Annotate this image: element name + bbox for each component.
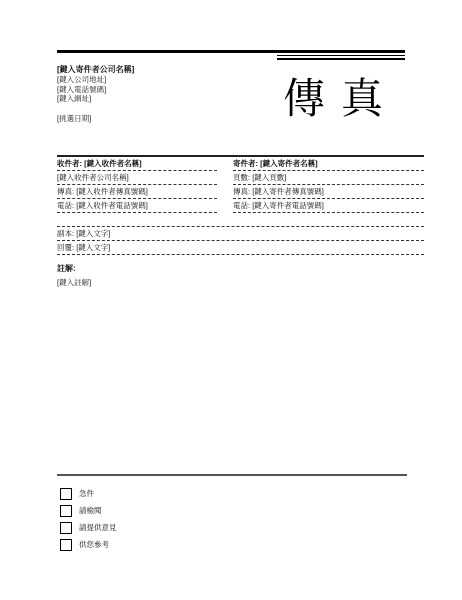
checkbox-list: 急件 請檢閱 請提供意見 供您參考 bbox=[60, 485, 260, 553]
table-row: 電話: [鍵入收件者電話號碼] 電話: [鍵入寄件者電話號碼] bbox=[57, 199, 424, 213]
table-row: 傳真: [鍵入收件者傳真號碼] 傳真: [鍵入寄件者傳真號碼] bbox=[57, 185, 424, 199]
recipient-phone-label: 電話: bbox=[57, 201, 74, 210]
recipient-phone-field[interactable]: 電話: [鍵入收件者電話號碼] bbox=[57, 199, 217, 213]
sender-name-label: 寄件者: bbox=[233, 159, 258, 168]
company-name-field[interactable]: [鍵入寄件者公司名稱] bbox=[57, 64, 257, 75]
recipient-company-value[interactable]: [鍵入收件者公司名稱] bbox=[57, 173, 129, 182]
sender-fax-value[interactable]: [鍵入寄件者傳真號碼] bbox=[252, 187, 324, 196]
sender-name-field[interactable]: 寄件者: [鍵入寄件者名稱] bbox=[233, 157, 424, 171]
checkbox-row-reference[interactable]: 供您參考 bbox=[60, 536, 260, 553]
recipient-company-field[interactable]: [鍵入收件者公司名稱] bbox=[57, 171, 217, 185]
checkbox-row-urgent[interactable]: 急件 bbox=[60, 485, 260, 502]
urgent-checkbox[interactable] bbox=[60, 488, 72, 500]
fax-field-table: 收件者: [鍵入收件者名稱] 寄件者: [鍵入寄件者名稱] [鍵入收件者公司名稱… bbox=[57, 157, 424, 255]
reference-checkbox-label: 供您參考 bbox=[79, 540, 109, 550]
pages-label: 頁數: bbox=[233, 173, 250, 182]
header-rule-accent-thick bbox=[277, 58, 405, 60]
urgent-checkbox-label: 急件 bbox=[79, 489, 94, 499]
re-value[interactable]: [鍵入文字] bbox=[76, 243, 110, 252]
recipient-name-field[interactable]: 收件者: [鍵入收件者名稱] bbox=[57, 157, 217, 171]
comments-label: 註解: bbox=[57, 263, 76, 274]
re-field[interactable]: 回覆: [鍵入文字] bbox=[57, 241, 424, 255]
review-checkbox[interactable] bbox=[60, 505, 72, 517]
checkbox-row-comment[interactable]: 請提供意見 bbox=[60, 519, 260, 536]
checkbox-row-review[interactable]: 請檢閱 bbox=[60, 502, 260, 519]
sender-phone-label: 電話: bbox=[233, 201, 250, 210]
sender-phone-value[interactable]: [鍵入寄件者電話號碼] bbox=[252, 201, 324, 210]
table-row: [鍵入收件者公司名稱] 頁數: [鍵入頁數] bbox=[57, 171, 424, 185]
company-phone-field[interactable]: [鍵入電話號碼] bbox=[57, 85, 257, 95]
sender-fax-field[interactable]: 傳真: [鍵入寄件者傳真號碼] bbox=[233, 185, 424, 199]
recipient-fax-field[interactable]: 傳真: [鍵入收件者傳真號碼] bbox=[57, 185, 217, 199]
cc-field[interactable]: 副本: [鍵入文字] bbox=[57, 227, 424, 241]
page-title: 傳真 bbox=[283, 76, 413, 124]
date-field[interactable]: [挑選日期] bbox=[57, 114, 257, 124]
company-website-field[interactable]: [鍵入網址] bbox=[57, 94, 257, 104]
sender-name-value[interactable]: [鍵入寄件者名稱] bbox=[260, 159, 318, 168]
cc-value[interactable]: [鍵入文字] bbox=[76, 229, 110, 238]
sender-header-block: [鍵入寄件者公司名稱] [鍵入公司地址] [鍵入電話號碼] [鍵入網址] [挑選… bbox=[57, 64, 257, 123]
empty-dashed-row bbox=[57, 213, 424, 227]
header-rule-accent-thin bbox=[277, 55, 405, 56]
reference-checkbox[interactable] bbox=[60, 539, 72, 551]
company-address-field[interactable]: [鍵入公司地址] bbox=[57, 75, 257, 85]
pages-field[interactable]: 頁數: [鍵入頁數] bbox=[233, 171, 424, 185]
comments-field[interactable]: [鍵入註解] bbox=[57, 277, 91, 288]
comment-checkbox-label: 請提供意見 bbox=[79, 523, 117, 533]
table-row: 收件者: [鍵入收件者名稱] 寄件者: [鍵入寄件者名稱] bbox=[57, 157, 424, 171]
re-label: 回覆: bbox=[57, 243, 74, 252]
recipient-name-label: 收件者: bbox=[57, 159, 82, 168]
fax-cover-page: { "document": { "type_label": "傳真封面", "t… bbox=[0, 0, 462, 600]
recipient-phone-value[interactable]: [鍵入收件者電話號碼] bbox=[76, 201, 148, 210]
recipient-fax-value[interactable]: [鍵入收件者傳真號碼] bbox=[76, 187, 148, 196]
recipient-fax-label: 傳真: bbox=[57, 187, 74, 196]
cc-label: 副本: bbox=[57, 229, 74, 238]
review-checkbox-label: 請檢閱 bbox=[79, 506, 102, 516]
bottom-divider bbox=[57, 474, 407, 476]
comment-checkbox[interactable] bbox=[60, 522, 72, 534]
pages-value[interactable]: [鍵入頁數] bbox=[252, 173, 286, 182]
sender-fax-label: 傳真: bbox=[233, 187, 250, 196]
recipient-name-value[interactable]: [鍵入收件者名稱] bbox=[84, 159, 142, 168]
header-rule-main bbox=[57, 50, 405, 53]
sender-phone-field[interactable]: 電話: [鍵入寄件者電話號碼] bbox=[233, 199, 424, 213]
